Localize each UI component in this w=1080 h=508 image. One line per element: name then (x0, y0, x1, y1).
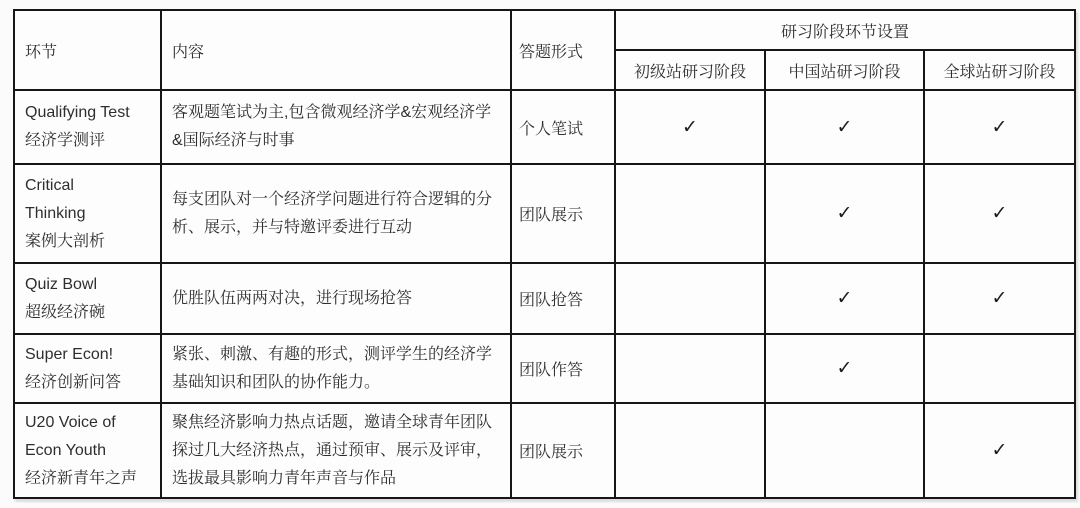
content-cell: 每支团队对一个经济学问题进行符合逻辑的分析、展示，并与特邀评委进行互动 (161, 164, 511, 263)
stage-cell: CriticalThinking案例大剖析 (14, 164, 161, 263)
table-body: Qualifying Test经济学测评 客观题笔试为主,包含微观经济学&宏观经… (14, 90, 1075, 498)
format-cell: 个人笔试 (511, 90, 615, 164)
check-cell-junior (615, 164, 765, 263)
stage-name-line: Critical (25, 172, 154, 200)
format-cell: 团队展示 (511, 164, 615, 263)
check-cell-global: ✓ (924, 263, 1075, 334)
stage-name-line: 经济创新问答 (25, 369, 154, 397)
table-header: 环节 内容 答题形式 研习阶段环节设置 初级站研习阶段 中国站研习阶段 全球站研… (14, 10, 1075, 90)
table-row: Super Econ!经济创新问答 紧张、刺激、有趣的形式，测评学生的经济学基础… (14, 334, 1075, 403)
check-cell-china: ✓ (765, 90, 924, 164)
header-global-stage: 全球站研习阶段 (924, 50, 1075, 90)
stage-name-line: Super Econ! (25, 341, 154, 369)
check-cell-junior: ✓ (615, 90, 765, 164)
stage-name-line: 经济学测评 (25, 127, 154, 155)
stage-cell: Quiz Bowl超级经济碗 (14, 263, 161, 334)
content-cell: 客观题笔试为主,包含微观经济学&宏观经济学&国际经济与时事 (161, 90, 511, 164)
check-cell-global: ✓ (924, 403, 1075, 498)
stage-cell: U20 Voice ofEcon Youth经济新青年之声 (14, 403, 161, 498)
table-row: Qualifying Test经济学测评 客观题笔试为主,包含微观经济学&宏观经… (14, 90, 1075, 164)
content-cell: 聚焦经济影响力热点话题，邀请全球青年团队探过几大经济热点，通过预审、展示及评审，… (161, 403, 511, 498)
stage-name-line: 案例大剖析 (25, 228, 154, 256)
table-row: Quiz Bowl超级经济碗 优胜队伍两两对决，进行现场抢答 团队抢答 ✓ ✓ (14, 263, 1075, 334)
table-row: U20 Voice ofEcon Youth经济新青年之声 聚焦经济影响力热点话… (14, 403, 1075, 498)
table-row: CriticalThinking案例大剖析 每支团队对一个经济学问题进行符合逻辑… (14, 164, 1075, 263)
content-cell: 紧张、刺激、有趣的形式，测评学生的经济学基础知识和团队的协作能力。 (161, 334, 511, 403)
stage-name-line: Thinking (25, 200, 154, 228)
format-cell: 团队作答 (511, 334, 615, 403)
header-answer-format: 答题形式 (511, 10, 615, 90)
header-junior-stage: 初级站研习阶段 (615, 50, 765, 90)
content-cell: 优胜队伍两两对决，进行现场抢答 (161, 263, 511, 334)
check-cell-global: ✓ (924, 164, 1075, 263)
stage-name-line: 超级经济碗 (25, 299, 154, 327)
stage-name-line: Quiz Bowl (25, 271, 154, 299)
stage-cell: Super Econ!经济创新问答 (14, 334, 161, 403)
stage-cell: Qualifying Test经济学测评 (14, 90, 161, 164)
header-stage-settings-group: 研习阶段环节设置 (615, 10, 1075, 50)
stage-name-line: 经济新青年之声 (25, 465, 154, 493)
check-cell-global (924, 334, 1075, 403)
check-cell-junior (615, 403, 765, 498)
format-cell: 团队抢答 (511, 263, 615, 334)
program-schedule-table: 环节 内容 答题形式 研习阶段环节设置 初级站研习阶段 中国站研习阶段 全球站研… (13, 9, 1076, 499)
check-cell-china: ✓ (765, 164, 924, 263)
check-cell-china (765, 403, 924, 498)
stage-name-line: Econ Youth (25, 437, 154, 465)
stage-name-line: Qualifying Test (25, 99, 154, 127)
header-row-top: 环节 内容 答题形式 研习阶段环节设置 (14, 10, 1075, 50)
header-stage: 环节 (14, 10, 161, 90)
check-cell-global: ✓ (924, 90, 1075, 164)
page: 环节 内容 答题形式 研习阶段环节设置 初级站研习阶段 中国站研习阶段 全球站研… (0, 0, 1080, 508)
check-cell-china: ✓ (765, 334, 924, 403)
format-cell: 团队展示 (511, 403, 615, 498)
check-cell-junior (615, 334, 765, 403)
header-content: 内容 (161, 10, 511, 90)
stage-name-line: U20 Voice of (25, 409, 154, 437)
check-cell-junior (615, 263, 765, 334)
check-cell-china: ✓ (765, 263, 924, 334)
header-china-stage: 中国站研习阶段 (765, 50, 924, 90)
